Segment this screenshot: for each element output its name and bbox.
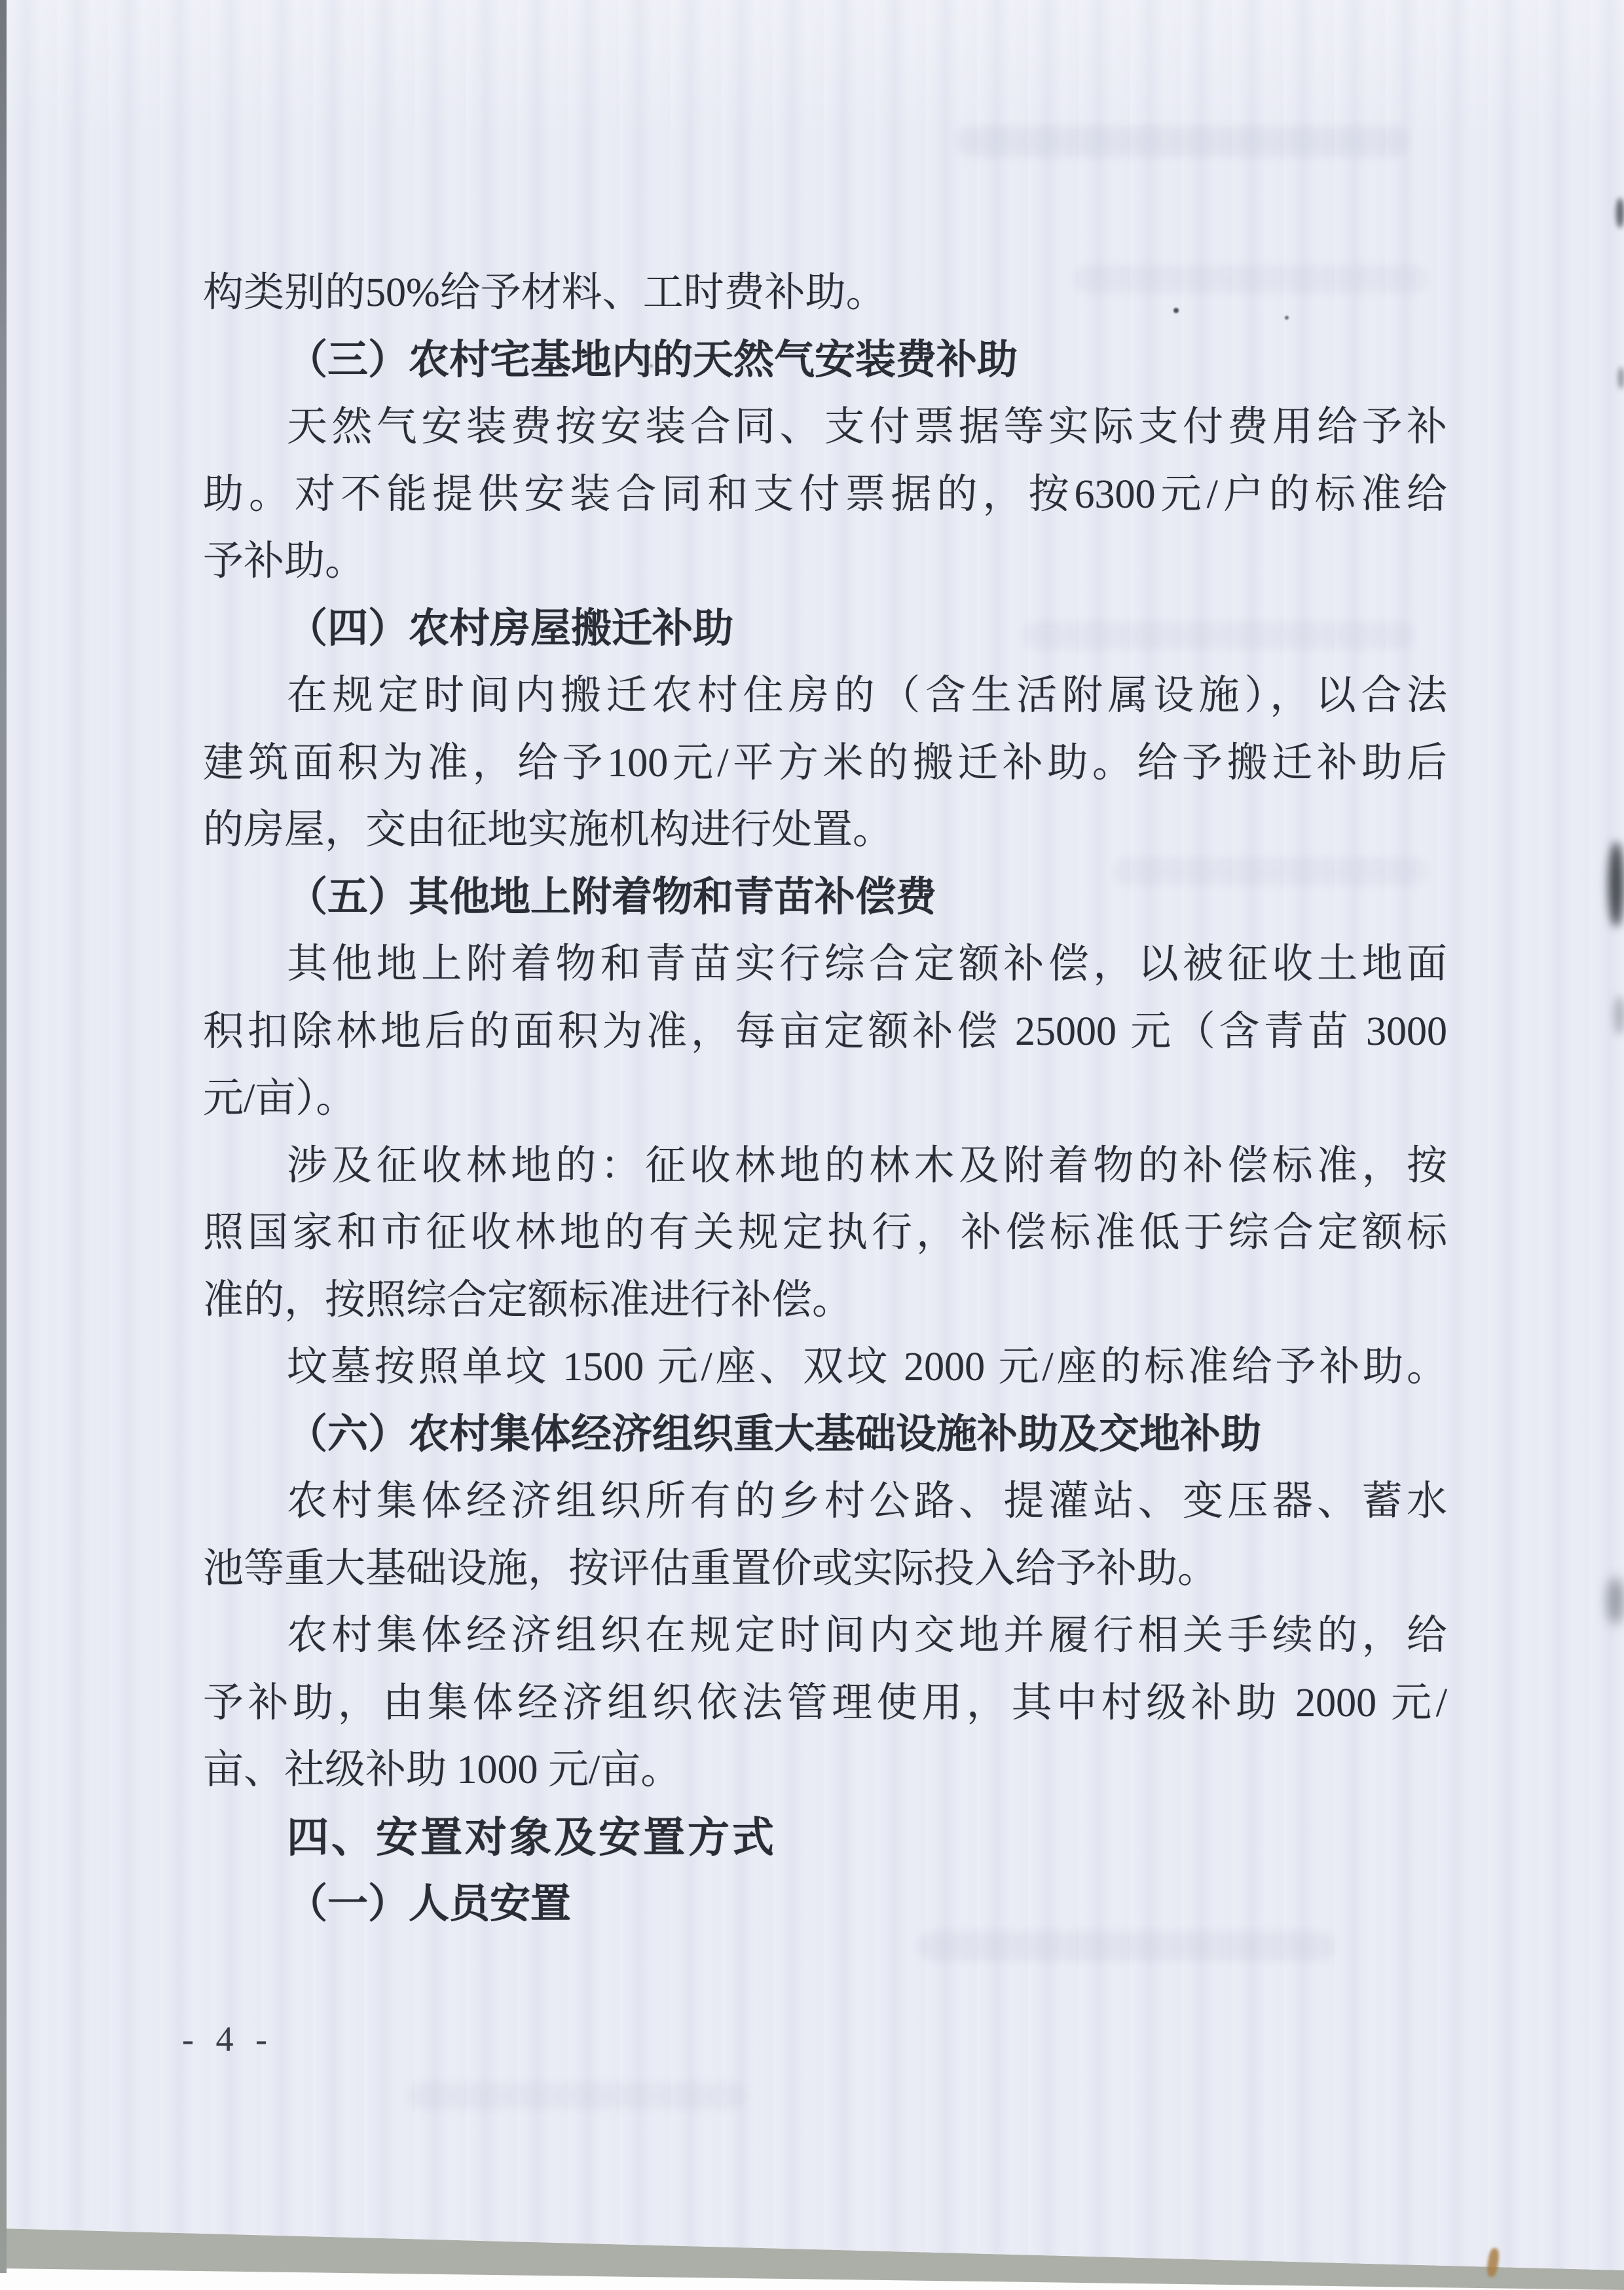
bleedthrough-artifact [406,2082,747,2109]
scan-speck [1285,316,1289,320]
major-heading-line: 四、安置对象及安置方式 [203,1804,1447,1871]
section-heading-line: （六）农村集体经济组织重大基础设施补助及交地补助 [203,1401,1447,1469]
body-text-line: 农村集体经济组织所有的乡村公路、提灌站、变压器、蓄水 [203,1468,1447,1535]
bleedthrough-artifact [1022,621,1414,650]
section-heading-line: （三）农村宅基地内的天然气安装费补助 [203,327,1447,394]
body-text-line: 天然气安装费按安装合同、支付票据等实际支付费用给予补 [203,394,1447,461]
body-text-line: 池等重大基础设施，按评估重置价或实际投入给予补助。 [203,1535,1447,1603]
scan-smudge [1616,198,1624,228]
body-text-line: 在规定时间内搬迁农村住房的（含生活附属设施），以合法 [203,662,1447,730]
body-text-line: 元/亩）。 [203,1065,1447,1133]
body-text-line: 照国家和市征收林地的有关规定执行，补偿标准低于综合定额标 [203,1199,1447,1267]
scan-smudge [1618,367,1624,389]
body-text-line: 涉及征收林地的：征收林地的林木及附着物的补偿标准，按 [203,1133,1447,1200]
body-text-line: 积扣除林地后的面积为准，每亩定额补偿 25000 元（含青苗 3000 [203,998,1447,1066]
body-text-line: 予补助。 [203,528,1447,595]
body-text-line: 助。对不能提供安装合同和支付票据的，按6300元/户的标准给 [203,461,1447,529]
scan-speck [1173,308,1179,313]
page-number: - 4 - [182,2019,274,2059]
body-text-line: 准的，按照综合定额标准进行补偿。 [203,1267,1447,1334]
body-text-line: 其他地上附着物和青苗实行综合定额补偿，以被征收土地面 [203,931,1447,998]
scan-left-edge-strip [0,0,7,2273]
bleedthrough-artifact [956,126,1408,157]
bleedthrough-artifact [1074,265,1428,293]
bleedthrough-artifact [917,1931,1336,1961]
body-text-line: 农村集体经济组织在规定时间内交地并履行相关手续的，给 [203,1602,1447,1670]
body-text-line: 予补助，由集体经济组织依法管理使用，其中村级补助 2000 元/ [203,1670,1447,1737]
scan-smudge [1615,996,1624,1035]
body-text-line: 建筑面积为准，给予100元/平方米的搬迁补助。给予搬迁补助后 [203,730,1447,797]
body-text-line: 坟墓按照单坟 1500 元/座、双坟 2000 元/座的标准给予补助。 [203,1334,1447,1401]
scan-smudge [1607,1577,1624,1624]
bleedthrough-artifact [1113,857,1428,886]
document-text-block: 构类别的50%给予材料、工时费补助。（三）农村宅基地内的天然气安装费补助天然气安… [203,259,1447,1938]
body-text-line: 亩、社级补助 1000 元/亩。 [203,1736,1447,1804]
section-heading-line: （一）人员安置 [203,1871,1447,1938]
scan-speck [650,364,653,367]
scan-smudge [1608,842,1624,927]
body-text-line: 的房屋，交由征地实施机构进行处置。 [203,797,1447,864]
scanned-document-page: 构类别的50%给予材料、工时费补助。（三）农村宅基地内的天然气安装费补助天然气安… [0,0,1624,2290]
